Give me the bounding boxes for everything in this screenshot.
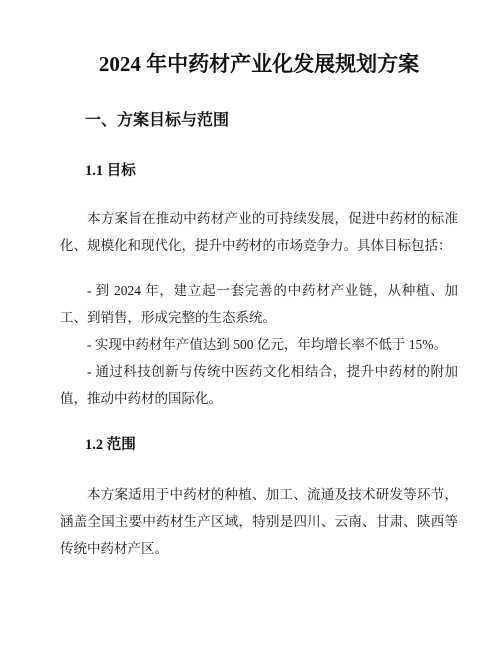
bullet-annual-output: - 实现中药材年产值达到 500 亿元，年均增长率不低于 15%。 (60, 331, 458, 358)
bullet-industry-chain: - 到 2024 年，建立起一套完善的中药材产业链，从种植、加工、到销售，形成完… (60, 277, 458, 331)
document-title: 2024 年中药材产业化发展规划方案 (60, 50, 458, 78)
objectives-bullet-list: - 到 2024 年，建立起一套完善的中药材产业链，从种植、加工、到销售，形成完… (60, 277, 458, 412)
subsection-heading-1-2: 1.2 范围 (60, 436, 458, 455)
paragraph-objectives-intro: 本方案旨在推动中药材产业的可持续发展，促进中药材的标准化、规模化和现代化，提升中… (60, 205, 458, 259)
section-heading-1: 一、方案目标与范围 (60, 111, 458, 132)
paragraph-scope: 本方案适用于中药材的种植、加工、流通及技术研发等环节，涵盖全国主要中药材生产区域… (60, 481, 458, 562)
document-page: 2024 年中药材产业化发展规划方案 一、方案目标与范围 1.1 目标 本方案旨… (0, 0, 500, 647)
subsection-heading-1-1: 1.1 目标 (60, 162, 458, 181)
bullet-tech-innovation: - 通过科技创新与传统中医药文化相结合，提升中药材的附加值，推动中药材的国际化。 (60, 358, 458, 412)
